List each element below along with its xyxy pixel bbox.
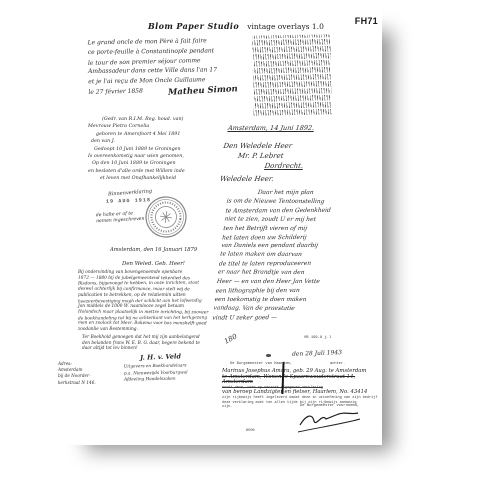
letter-1892-line: Daar het mijn plan xyxy=(257,189,386,198)
studio-name: Blom Paper Studio xyxy=(148,21,239,31)
memo-dateline: den 28 Juli 1943 xyxy=(292,349,342,358)
letter-1892-line: ten het Betrijft vieren of mij xyxy=(223,225,382,234)
ink-smudge xyxy=(266,354,271,357)
letter-1879-address-block: Adres:Amsterdambij de Noorder-kerkstraat… xyxy=(58,361,102,386)
letter-1892-line: er naar het Brandtje van den xyxy=(217,269,376,279)
letter-1892-line: vindt U zeker goed — xyxy=(212,313,371,323)
sheet-code: FH71 xyxy=(355,16,378,26)
address-line: kerkstraat N 146. xyxy=(58,380,102,386)
date-stamp: 19 AUG 1918 xyxy=(106,197,151,205)
register-line: Mevrouw Pietra Cornelia xyxy=(88,123,220,130)
register-line: geboren te Amersfoort 4 Mei 1891 xyxy=(96,131,220,138)
letter-1892-address: Den Weledele HeerMr. P. LebretDordrecht. xyxy=(220,141,307,171)
round-ink-stamp-icon xyxy=(141,192,191,242)
overlay-set-label: vintage overlays 1.0 xyxy=(247,22,324,31)
register-line: Op den 10 Juni 1889 te Groningen xyxy=(92,160,220,167)
illegible-script-block xyxy=(252,34,331,115)
letter-1879-salutation: Den Weled. Geb. Heer! xyxy=(122,261,185,267)
letter-1879-line: zoodanlie van Bestemming. xyxy=(78,327,220,333)
memo-closing: De Burgemeester voornoemd, xyxy=(300,404,359,408)
letter-1879-body: Bij ondervinding van bovengenoemde openb… xyxy=(78,270,220,333)
letter-1879-signature-lines: Uitgevers en Boekhandelaarsp.a. Nieuwezi… xyxy=(124,362,188,383)
memo-line: te Amsterdam, Wonende Spaarnwouderstraat… xyxy=(222,375,378,386)
memo-margin-note: 180 xyxy=(223,332,239,345)
letter-1879-closing: Ter Boekhold genoegen dat het mij zijn a… xyxy=(82,335,222,352)
address-line: Mr. P. Lebret xyxy=(237,151,305,161)
letter-1892-line: een toekomstig te doen maken xyxy=(214,296,373,305)
stamp-annotation-lines: de halte er af tenemen ingeschreven xyxy=(96,211,145,226)
letter-1879-line: deswel achterlijk bij confirmance, maar … xyxy=(78,287,220,294)
letter-1892-body: Daar het mijn planis om de Nieuwe Tentoo… xyxy=(212,189,386,323)
register-extract-block: (Gedr. van R.I.M. Reg. houd. van)Mevrouw… xyxy=(88,116,220,183)
annotation-line: nemen ingeschreven xyxy=(96,217,145,226)
memo-reference-number: VB 196-8 j.l xyxy=(304,336,331,340)
letter-1879-line: hoezeerbevestiging magh der schlicht aan… xyxy=(78,298,220,305)
letter-1879-signature: J. H. v. Veld xyxy=(140,352,181,361)
signature-line: Afdeeling Handelszaken xyxy=(124,375,188,383)
memo-signature-flourish xyxy=(296,409,362,435)
register-line: Is overeenkomstig naar wien genomen, xyxy=(88,153,220,160)
letter-1892-line: het laten doen uw Schilderij xyxy=(222,233,381,243)
memo-line: zijn rijbewijs heeft ingeleverd omdat de… xyxy=(222,396,378,401)
address-line: Den Weledele Heer xyxy=(223,141,307,151)
register-line: et leven met Onafhankelijkheid xyxy=(100,175,220,182)
letter-1879-dateline: Amsterdam, den 16 Januari 1879 xyxy=(110,247,197,253)
register-line: en besloten d'alle orde met Willem inde xyxy=(88,168,220,175)
letter-1879-closing-line: daar altijd tot lev binnen! xyxy=(82,346,222,352)
memo-side-note: achter. xyxy=(330,362,345,366)
register-line: (Gedr. van R.I.M. Reg. houd. van) xyxy=(102,116,220,123)
letter-1892-dateline: Amsterdam, 14 Juni 1892. xyxy=(227,124,314,132)
scan-page: Blom Paper Studio vintage overlays 1.0 F… xyxy=(56,5,382,445)
register-line: den van J. xyxy=(91,138,220,145)
letter-1892-salutation: Weledele Heer. xyxy=(219,175,274,183)
letter-1892-line: een lithographie bij den van xyxy=(215,286,374,296)
watermark-header: Blom Paper Studio vintage overlays 1.0 xyxy=(148,14,324,33)
memo-footer-code: 6500 xyxy=(246,429,255,433)
address-line: Dordrecht. xyxy=(264,161,304,171)
letter-1892-line: niet te zien, zoudt U er mij het xyxy=(224,215,383,225)
register-line: Gedoopt 10 Juni 1889 te Groningen xyxy=(94,146,220,153)
